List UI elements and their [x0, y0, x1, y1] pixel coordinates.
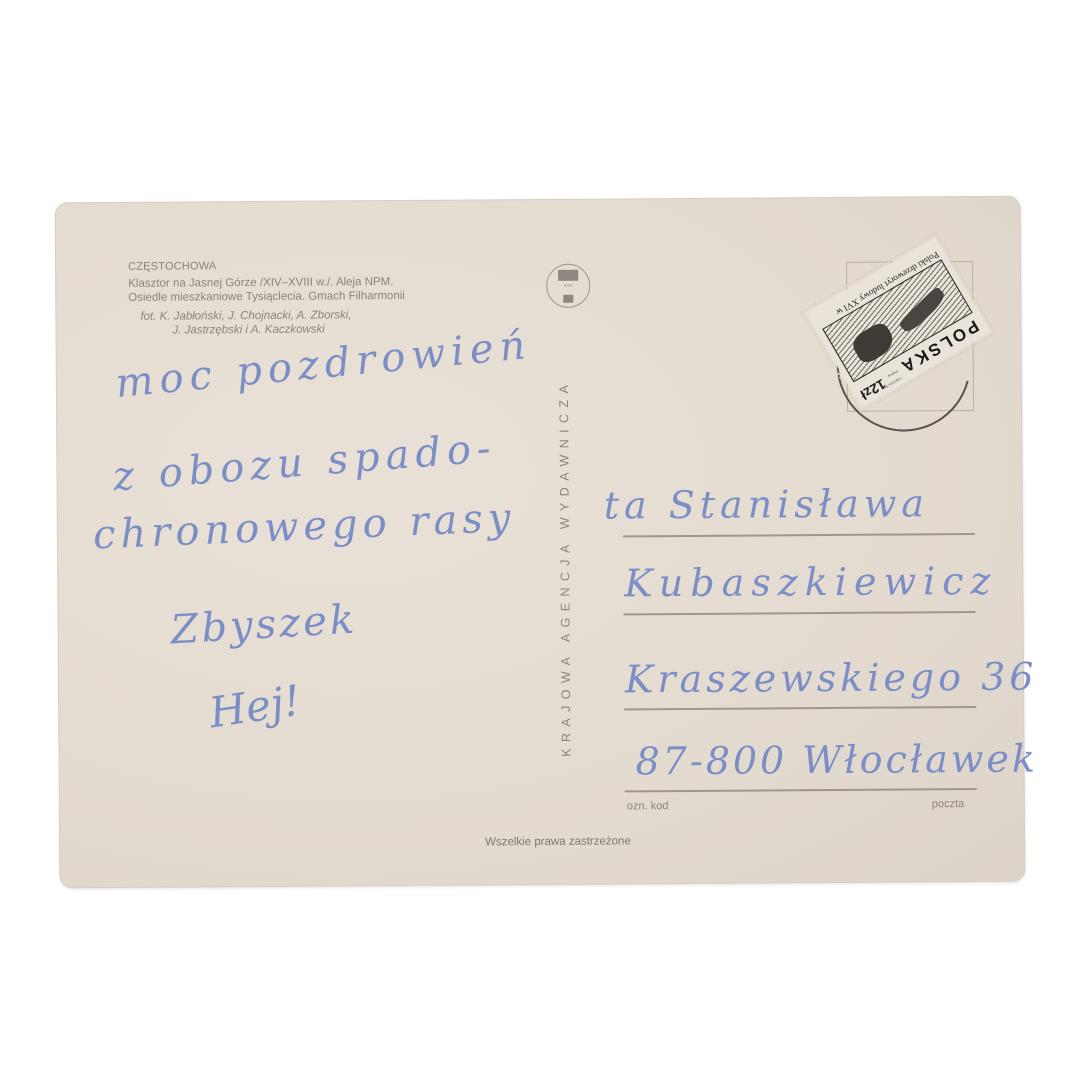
address-line-rule [623, 533, 975, 537]
address-line-rule [624, 706, 976, 710]
publisher-logo-icon: KAW [546, 264, 590, 308]
address-recipient-first: ta Stanisława [604, 481, 930, 527]
address-street: Kraszewskiego 36 [625, 655, 1038, 702]
caption-line: Osiedle mieszkaniowe Tysiąclecia. Gmach … [128, 290, 405, 304]
caption-line: Klasztor na Jasnej Górze /XIV–XVIII w./.… [128, 276, 393, 290]
rights-notice: Wszelkie prawa zastrzeżone [485, 835, 631, 848]
publisher-name: KRAJOWA AGENCJA WYDAWNICZA [557, 340, 574, 795]
post-office-label: poczta [932, 798, 965, 810]
address-recipient-last: Kubaszkiewicz [624, 559, 997, 606]
address-city: 87-800 Włocławek [635, 737, 1038, 784]
signature: Zbyszek [169, 596, 358, 653]
address-line-rule [624, 611, 976, 615]
photo-credit: fot. K. Jabłoński, J. Chojnacki, A. Zbor… [140, 309, 351, 322]
postal-code-label: ozn. kod [627, 800, 669, 812]
message-line: chronowego rasy [92, 495, 516, 559]
postcard-back: CZĘSTOCHOWA Klasztor na Jasnej Górze /XI… [56, 197, 1025, 888]
message-line: z obozu spado- [111, 425, 498, 500]
caption-title: CZĘSTOCHOWA [128, 260, 216, 273]
photo-credit: J. Jastrzębski i A. Kaczkowski [172, 323, 324, 336]
address-line-rule [625, 788, 977, 792]
closing: Hej! [206, 676, 304, 738]
